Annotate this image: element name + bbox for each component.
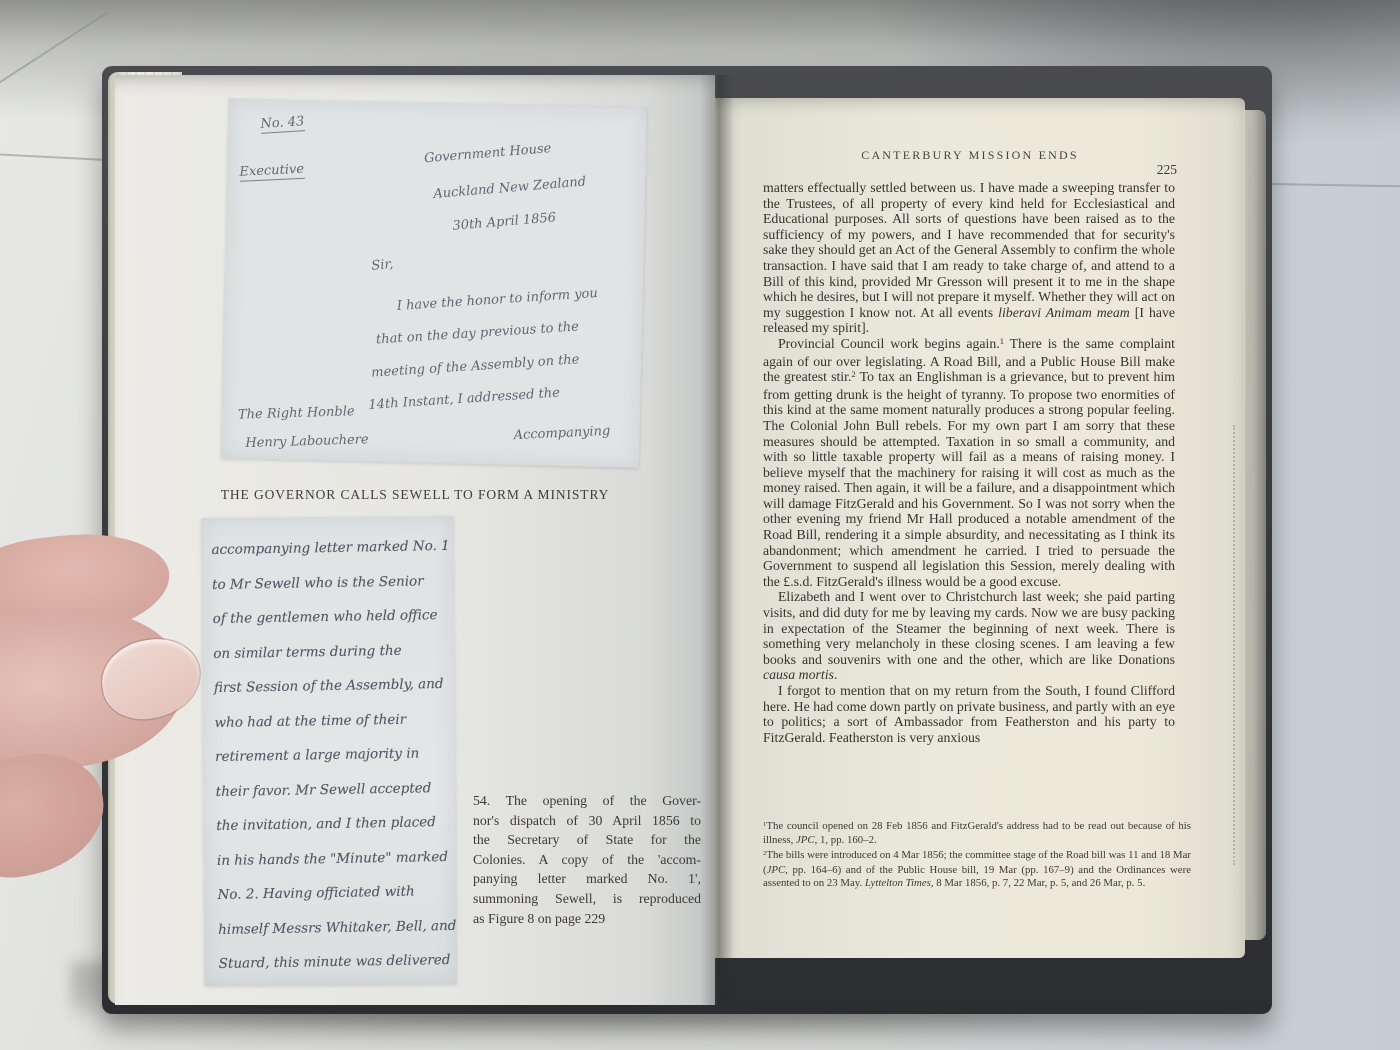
letter-number: No. 43 — [260, 114, 305, 134]
letter-place-line: Auckland New Zealand — [433, 174, 587, 201]
letter-catchword: Accompanying — [513, 424, 610, 444]
page-edge-stack-right — [1244, 110, 1266, 940]
body-paragraph: matters effectually settled between us. … — [763, 180, 1175, 336]
page-curl-bleed-marks — [1233, 425, 1235, 865]
letter-addressee-line: Henry Labouchere — [245, 432, 369, 451]
body-paragraph: Provincial Council work begins again.1 T… — [763, 336, 1175, 590]
letter-department: Executive — [239, 162, 304, 182]
footnotes: 1The council opened on 28 Feb 1856 and F… — [763, 820, 1191, 892]
hand-holding-book — [0, 528, 240, 898]
footnote: 1The council opened on 28 Feb 1856 and F… — [763, 820, 1191, 847]
body-text: matters effectually settled between us. … — [763, 180, 1175, 745]
body-paragraph: Elizabeth and I went over to Christchurc… — [763, 589, 1175, 683]
letter-place-line: Government House — [424, 141, 552, 166]
letter-salutation: Sir, — [371, 257, 394, 274]
letter-addressee-line: The Right Honble — [238, 404, 355, 422]
letter-body-line: that on the day previous to the — [376, 319, 580, 347]
book-gutter — [700, 75, 734, 1005]
running-head: CANTERBURY MISSION ENDS — [765, 148, 1175, 163]
photo-of-open-book: No. 43 Executive Government House Auckla… — [0, 0, 1400, 1050]
letter-body-line: 14th Instant, I addressed the — [368, 386, 560, 413]
page-number: 225 — [765, 162, 1177, 178]
letter-body-line: meeting of the Assembly on the — [371, 352, 580, 380]
figure-caption: 54. The opening of the Gover-nor's dispa… — [473, 791, 701, 928]
footnote: 2The bills were introduced on 4 Mar 1856… — [763, 849, 1191, 890]
letter-date-line: 30th April 1856 — [452, 210, 557, 233]
right-page: CANTERBURY MISSION ENDS 225 matters effe… — [715, 98, 1245, 958]
section-caption: THE GOVERNOR CALLS SEWELL TO FORM A MINI… — [135, 487, 695, 503]
letter-facsimile-top: No. 43 Executive Government House Auckla… — [221, 98, 647, 467]
body-paragraph: I forgot to mention that on my return fr… — [763, 683, 1175, 745]
letter-body-line: I have the honor to inform you — [396, 286, 598, 314]
